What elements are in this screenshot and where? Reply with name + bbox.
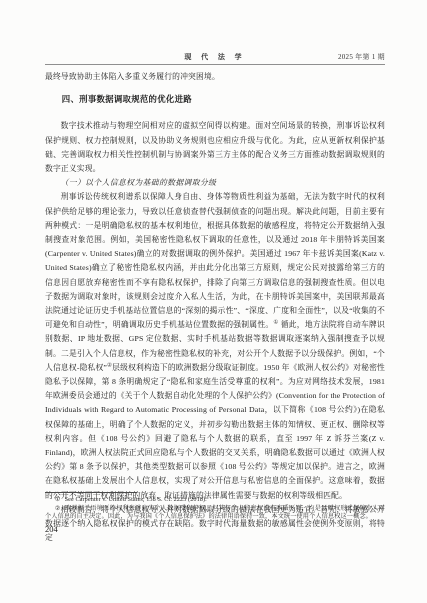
running-header: 现 代 法 学 2025 年第 1 期	[45, 52, 385, 63]
header-rule	[45, 64, 385, 65]
article-body: 最终导致协助主体陷入多重义务履行的冲突困境。 四、刑事数据调取规范的优化进路 数…	[45, 70, 385, 546]
journal-page: 现 代 法 学 2025 年第 1 期 最终导致协助主体陷入多重义务履行的冲突困…	[0, 0, 427, 603]
analysis-paragraph: 刑事诉讼传统权利谱系以保障人身自由、身体等物质性利益为基础，无法为数字时代的权利…	[45, 190, 385, 502]
analysis-seg3: 层级权利构造下的欧洲数据分级取证制度。1950 年《欧洲人权公约》对秘密性隐私予…	[45, 363, 385, 500]
carryover-text: 最终导致协助主体陷入多重义务履行的冲突困境。	[45, 70, 385, 84]
journal-title: 现 代 法 学	[45, 52, 385, 62]
footnote-item: ②欧洲相关语境下的权利表述应为个人数据受保护权，但其与个人信息权没有本质区别，均…	[45, 505, 385, 522]
intro-paragraph: 数字技术推动与物理空间相对应的虚拟空间得以构建。面对空间场景的转换，刑事诉讼权利…	[45, 119, 385, 176]
page-number: 204	[45, 524, 58, 534]
subsection-heading: （一）以个人信息权为基础的数据调取分级	[45, 176, 385, 190]
issue-label: 2025 年第 1 期	[338, 52, 385, 62]
footnote-divider	[45, 492, 137, 493]
section-heading: 四、刑事数据调取规范的优化进路	[45, 92, 385, 106]
footnote-text: 欧洲相关语境下的权利表述应为个人数据受保护权，但其与个人信息权没有本质区别，均是…	[45, 505, 385, 521]
analysis-seg1: 刑事诉讼传统权利谱系以保障人身自由、身体等物质性利益为基础，无法为数字时代的权利…	[45, 192, 385, 329]
footnote-marker: ①	[55, 496, 61, 503]
footnote-marker: ②	[55, 505, 61, 512]
footnote-text: See Carpenter v. United States, 138 S. C…	[65, 496, 207, 503]
footnote-section: ①See Carpenter v. United States, 138 S. …	[45, 492, 385, 522]
footnote-item: ①See Carpenter v. United States, 138 S. …	[45, 496, 385, 505]
